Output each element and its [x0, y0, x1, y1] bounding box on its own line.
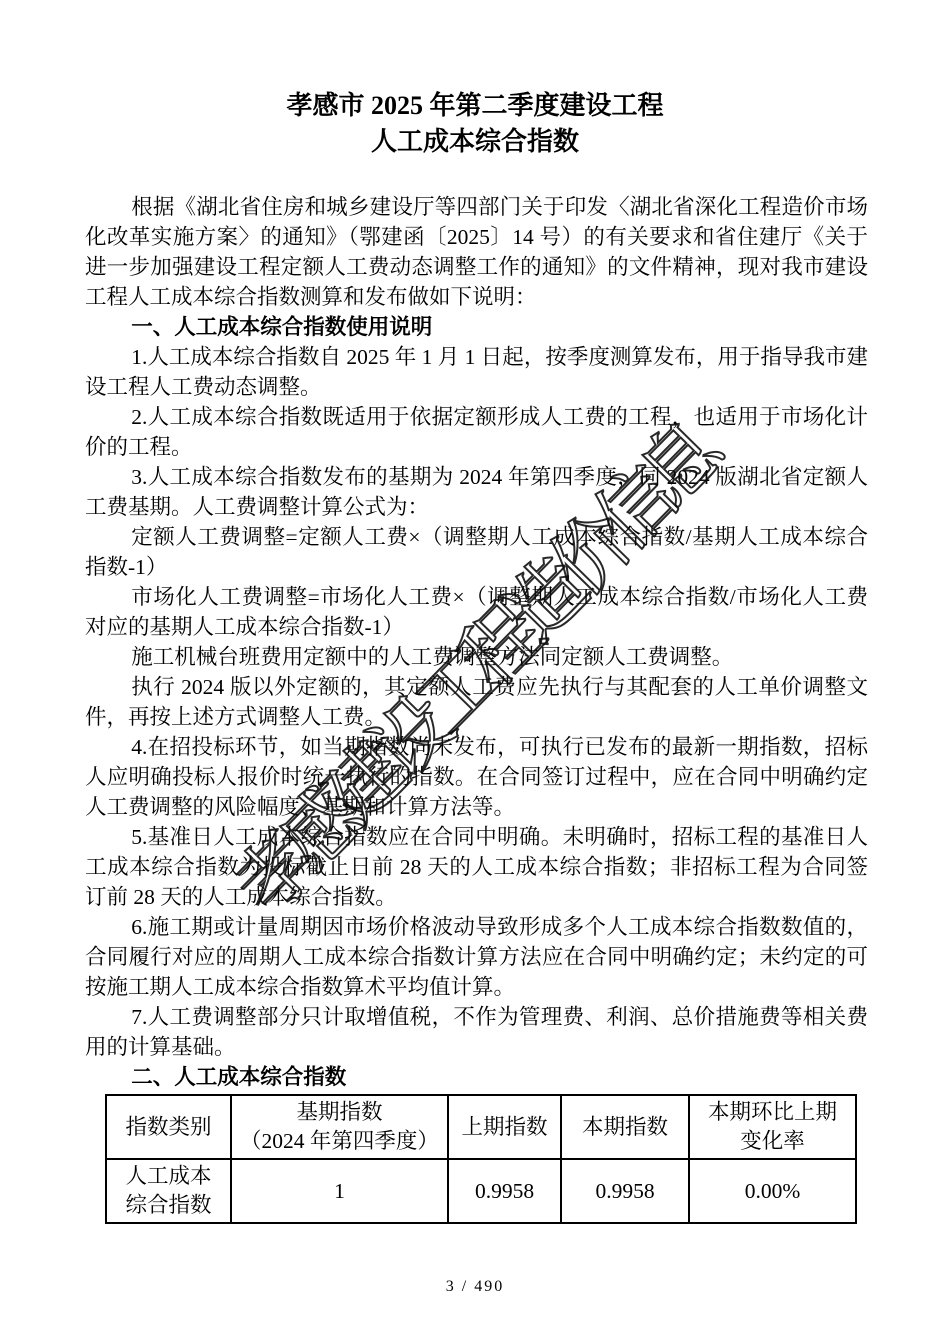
cell-index-category: 人工成本 综合指数 — [106, 1159, 231, 1223]
page-number: 3 / 490 — [0, 1278, 950, 1296]
paragraph-item-6: 6.施工期或计量周期因市场价格波动导致形成多个人工成本综合指数数值的，合同履行对… — [85, 912, 868, 1002]
cell-current-index: 0.9958 — [561, 1159, 689, 1223]
index-table: 指数类别 基期指数 （2024 年第四季度） 上期指数 本期指数 本期环比上期 … — [105, 1094, 857, 1224]
formula-market-labor: 市场化人工费调整=市场化人工费×（调整期人工成本综合指数/市场化人工费对应的基期… — [85, 582, 868, 642]
cell-change-rate: 0.00% — [689, 1159, 856, 1223]
cell-base-index: 1 — [231, 1159, 448, 1223]
header-base-index: 基期指数 （2024 年第四季度） — [231, 1095, 448, 1159]
paragraph-item-3: 3.人工成本综合指数发布的基期为 2024 年第四季度，同 2024 版湖北省定… — [85, 462, 868, 522]
paragraph-item-7: 7.人工费调整部分只计取增值税，不作为管理费、利润、总价措施费等相关费用的计算基… — [85, 1002, 868, 1062]
section-heading-2: 二、人工成本综合指数 — [85, 1062, 868, 1092]
paragraph-other-quota: 执行 2024 版以外定额的，其定额人工费应先执行与其配套的人工单价调整文件，再… — [85, 672, 868, 732]
paragraph-intro: 根据《湖北省住房和城乡建设厅等四部门关于印发〈湖北省深化工程造价市场化改革实施方… — [85, 192, 868, 312]
header-change-rate: 本期环比上期 变化率 — [689, 1095, 856, 1159]
document-body: 根据《湖北省住房和城乡建设厅等四部门关于印发〈湖北省深化工程造价市场化改革实施方… — [85, 192, 868, 1092]
table-data-row: 人工成本 综合指数 1 0.9958 0.9958 0.00% — [106, 1159, 856, 1223]
formula-quota-labor: 定额人工费调整=定额人工费×（调整期人工成本综合指数/基期人工成本综合指数-1） — [85, 522, 868, 582]
header-previous-index: 上期指数 — [448, 1095, 561, 1159]
paragraph-item-2: 2.人工成本综合指数既适用于依据定额形成人工费的工程，也适用于市场化计价的工程。 — [85, 402, 868, 462]
table-header-row: 指数类别 基期指数 （2024 年第四季度） 上期指数 本期指数 本期环比上期 … — [106, 1095, 856, 1159]
paragraph-item-1: 1.人工成本综合指数自 2025 年 1 月 1 日起，按季度测算发布，用于指导… — [85, 342, 868, 402]
page-title-line1: 孝感市 2025 年第二季度建设工程 — [0, 88, 950, 124]
page-title-line2: 人工成本综合指数 — [0, 124, 950, 160]
page-title: 孝感市 2025 年第二季度建设工程 人工成本综合指数 — [0, 88, 950, 160]
header-current-index: 本期指数 — [561, 1095, 689, 1159]
section-heading-1: 一、人工成本综合指数使用说明 — [85, 312, 868, 342]
paragraph-machinery: 施工机械台班费用定额中的人工费调整方法同定额人工费调整。 — [85, 642, 868, 672]
cell-previous-index: 0.9958 — [448, 1159, 561, 1223]
header-index-category: 指数类别 — [106, 1095, 231, 1159]
paragraph-item-5: 5.基准日人工成本综合指数应在合同中明确。未明确时，招标工程的基准日人工成本综合… — [85, 822, 868, 912]
document-page: 孝感市 2025 年第二季度建设工程 人工成本综合指数 孝感建设工程造价信息 根… — [0, 0, 950, 1344]
paragraph-item-4: 4.在招投标环节，如当期指数尚未发布，可执行已发布的最新一期指数，招标人应明确投… — [85, 732, 868, 822]
